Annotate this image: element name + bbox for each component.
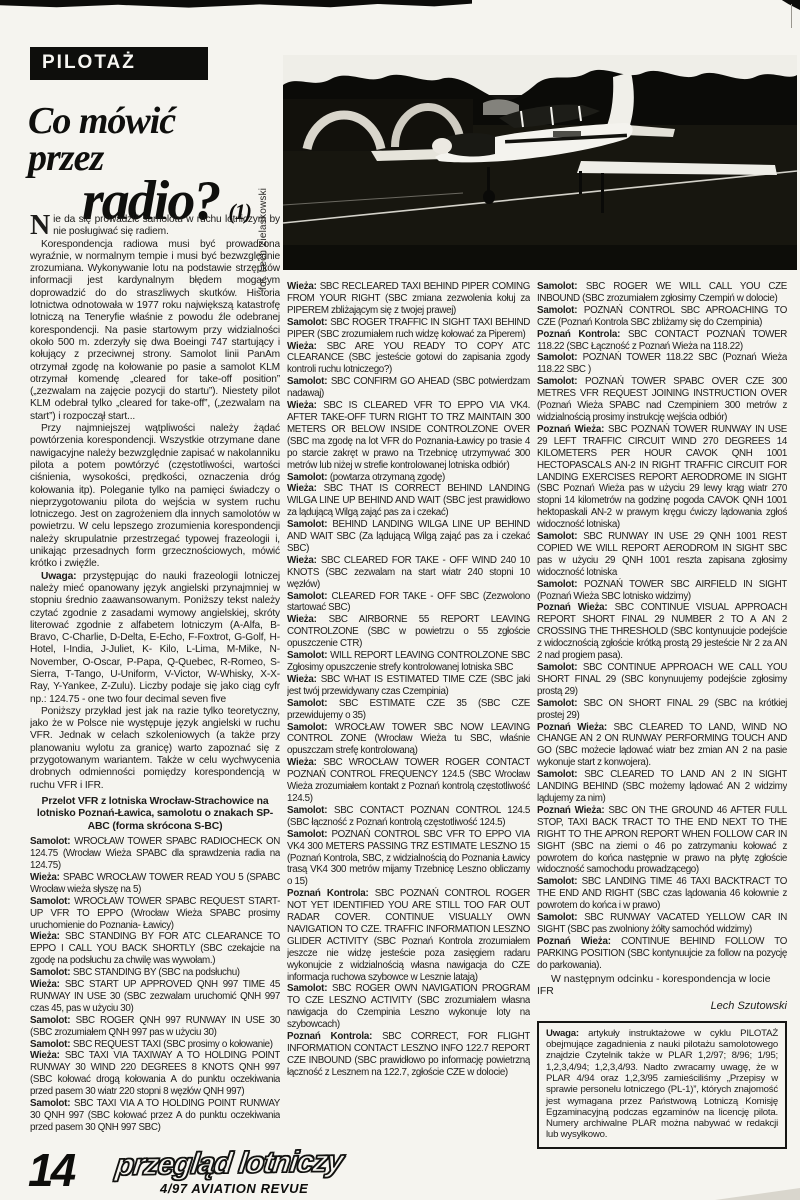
dialogue-entry: Wieża: SBC WROCŁAW TOWER ROGER CONTACT P… <box>287 757 530 805</box>
scan-artifact-bottom-right <box>715 1188 800 1200</box>
dialogue-entry: Samolot: POZNAŃ CONTROL SBC VFR TO EPPO … <box>287 829 530 889</box>
dialogue-entry: Samolot: SBC ESTIMATE CZE 35 (SBC CZE pr… <box>287 698 530 722</box>
dialogue-entry: Samolot: SBC CONFIRM GO AHEAD (SBC potwi… <box>287 376 530 400</box>
title-line-1: Co mówić <box>28 103 283 140</box>
scan-scratch <box>791 4 792 28</box>
paragraph: Uwaga: przystępując do nauki frazeologii… <box>30 571 280 706</box>
dialogue-middle-block: Wieża: SBC RECLEARED TAXI BEHIND PIPER C… <box>287 281 530 1079</box>
editorial-note-box: Uwaga: artykuły instruktażowe w cyklu PI… <box>537 1021 787 1149</box>
dialogue-entry: Samolot: WROCŁAW TOWER SPABC REQUEST STA… <box>30 896 280 932</box>
dialogue-right-block: Samolot: SBC ROGER WE WILL CALL YOU CZE … <box>537 281 787 972</box>
dialogue-entry: Wieża: SBC START UP APPROVED QNH 997 TIM… <box>30 979 280 1015</box>
dialogue-entry: Wieża: SBC IS CLEARED VFR TO EPPO VIA VK… <box>287 400 530 471</box>
dialogue-left-block: Samolot: WROCŁAW TOWER SPABC RADIOCHECK … <box>30 836 280 1134</box>
dialogue-entry: Poznań Kontrola: SBC CORRECT, FOR FLIGHT… <box>287 1031 530 1079</box>
dialogue-entry: Samolot: POZNAŃ TOWER SPABC OVER CZE 300… <box>537 376 787 424</box>
dialogue-entry: Poznań Wieża: SBC ON THE GROUND 46 AFTER… <box>537 805 787 876</box>
dialogue-entry: Samolot: POZNAŃ CONTROL SBC APROACHING T… <box>537 305 787 329</box>
dialogue-entry: Samolot: SBC RUNWAY IN USE 29 QNH 1001 R… <box>537 531 787 579</box>
dialogue-entry: Samolot: SBC ROGER OWN NAVIGATION PROGRA… <box>287 983 530 1031</box>
dialogue-entry: Wieża: SPABC WROCŁAW TOWER READ YOU 5 (S… <box>30 872 280 896</box>
column-right: Samolot: SBC ROGER WE WILL CALL YOU CZE … <box>537 281 787 1161</box>
paragraph: Korespondencja radiowa musi być prowadzo… <box>30 239 280 423</box>
dialog-heading: Przelot VFR z lotniska Wrocław-Strachowi… <box>30 796 280 833</box>
dialogue-entry: Samolot: WROCŁAW TOWER SPABC RADIOCHECK … <box>30 836 280 872</box>
paragraph: Nie da się prowadzić samolotu w ruchu lo… <box>30 214 280 239</box>
issue-line: 4/97 AVIATION REVUE <box>160 1181 308 1196</box>
dialogue-entry: Wieża: SBC CLEARED FOR TAKE - OFF WIND 2… <box>287 555 530 591</box>
dialogue-entry: Samolot: SBC ROGER WE WILL CALL YOU CZE … <box>537 281 787 305</box>
page-footer: 14 przegląd lotniczy 4/97 AVIATION REVUE <box>28 1143 508 1199</box>
airplane-photo-illustration <box>283 55 797 270</box>
dialogue-entry: Wieża: SBC AIRBORNE 55 REPORT LEAVING CO… <box>287 614 530 650</box>
dialogue-entry: Samolot: SBC CLEARED TO LAND AN 2 IN SIG… <box>537 769 787 805</box>
intro-block: Nie da się prowadzić samolotu w ruchu lo… <box>30 214 280 792</box>
dialogue-entry: Poznań Wieża: SBC CLEARED TO LAND, WIND … <box>537 722 787 770</box>
dialogue-entry: Poznań Kontrola: SBC POZNAŃ CONTROL ROGE… <box>287 888 530 983</box>
next-episode-note: W następnym odcinku - korespondencja w l… <box>537 974 787 999</box>
author-credit: Lech Szutowski <box>537 1000 787 1013</box>
dialogue-entry: Samolot: POZNAŃ TOWER 118.22 SBC (Poznań… <box>537 352 787 376</box>
dialogue-entry: Wieża: SBC RECLEARED TAXI BEHIND PIPER C… <box>287 281 530 317</box>
dialogue-entry: Samolot: SBC LANDING TIME 46 TAXI BACKTR… <box>537 876 787 912</box>
article-title: Co mówić przez radio?(1) <box>28 103 283 229</box>
dialogue-entry: Wieża: SBC TAXI VIA TAXIWAY A TO HOLDING… <box>30 1050 280 1098</box>
dialogue-entry: Samolot: BEHIND LANDING WILGA LINE UP BE… <box>287 519 530 555</box>
dialogue-entry: Samolot: SBC ON SHORT FINAL 29 (SBC na k… <box>537 698 787 722</box>
dialogue-entry: Samolot: SBC ROGER QNH 997 RUNWAY IN USE… <box>30 1015 280 1039</box>
dialogue-entry: Samolot: SBC CONTACT POZNAN CONTROL 124.… <box>287 805 530 829</box>
dialogue-entry: Wieża: SBC STANDING BY FOR ATC CLEARANCE… <box>30 931 280 967</box>
dialogue-entry: Poznań Wieża: SBC CONTINUE VISUAL APPROA… <box>537 602 787 662</box>
dialogue-entry: Poznań Wieża: SBC POZNAŃ TOWER RUNWAY IN… <box>537 424 787 531</box>
dialogue-entry: Wieża: SBC THAT IS CORRECT BEHIND LANDIN… <box>287 483 530 519</box>
dialogue-entry: Poznań Kontrola: SBC CONTACT POZNAŃ TOWE… <box>537 329 787 353</box>
dialogue-entry: Samolot: WROCŁAW TOWER SBC NOW LEAVING C… <box>287 722 530 758</box>
drop-cap: N <box>30 215 50 237</box>
dialogue-entry: Poznań Wieża: CONTINUE BEHIND FOLLOW TO … <box>537 936 787 972</box>
dialogue-entry: Wieża: SBC ARE YOU READY TO COPY ATC CLE… <box>287 341 530 377</box>
scan-artifact-top <box>0 0 472 8</box>
dialogue-entry: Samolot: POZNAŃ TOWER SBC AIRFIELD IN SI… <box>537 579 787 603</box>
section-label: PILOTAŻ <box>30 47 208 80</box>
article-photo <box>283 55 797 270</box>
note-text: artykuły instruktażowe w cyklu PILOTAŻ o… <box>546 1028 778 1141</box>
dialogue-entry: Samolot: SBC TAXI VIA A TO HOLDING POINT… <box>30 1098 280 1134</box>
dialogue-entry: Samolot: SBC STANDING BY (SBC na podsłuc… <box>30 967 280 979</box>
dialogue-entry: Wieża: SBC WHAT IS ESTIMATED TIME CZE (S… <box>287 674 530 698</box>
magazine-logo: przegląd lotniczy <box>114 1145 345 1183</box>
column-middle: Wieża: SBC RECLEARED TAXI BEHIND PIPER C… <box>287 281 530 1153</box>
magazine-page: PILOTAŻ Co mówić przez radio?(1) <box>0 0 800 1200</box>
dialogue-entry: Samolot: SBC CONTINUE APPROACH WE CALL Y… <box>537 662 787 698</box>
dialogue-entry: Samolot: CLEARED FOR TAKE - OFF SBC (Zez… <box>287 591 530 615</box>
page-number: 14 <box>28 1143 73 1197</box>
paragraph: Poniższy przykład jest jak na razie tylk… <box>30 706 280 792</box>
dialogue-entry: Samolot: SBC RUNWAY VACATED YELLOW CAR I… <box>537 912 787 936</box>
dialogue-entry: Samolot: SBC REQUEST TAXI (SBC prosimy o… <box>30 1039 280 1051</box>
dialogue-entry: Samolot: SBC ROGER TRAFFIC IN SIGHT TAXI… <box>287 317 530 341</box>
scan-artifact-top-right <box>774 0 800 10</box>
dialogue-entry: Samolot: (powtarza otrzymaną zgodę) <box>287 472 530 484</box>
note-label: Uwaga: <box>546 1028 579 1039</box>
paragraph: Przy najmniejszej wątpliwości należy żąd… <box>30 423 280 571</box>
dialogue-entry: Samolot: WILL REPORT LEAVING CONTROLZONE… <box>287 650 530 674</box>
column-left: Nie da się prowadzić samolotu w ruchu lo… <box>30 214 280 1146</box>
